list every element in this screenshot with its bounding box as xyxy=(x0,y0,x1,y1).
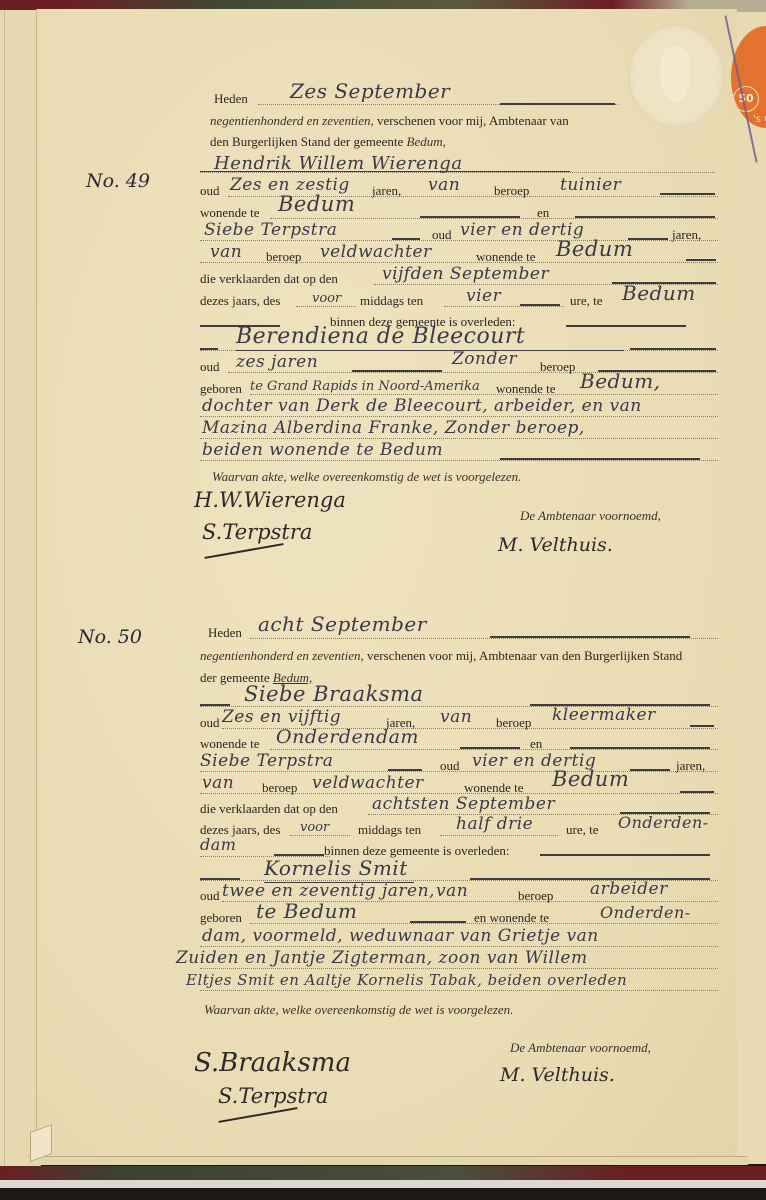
voor-na: voor xyxy=(312,290,341,308)
declarant2-occupation: veldwachter xyxy=(320,243,432,261)
death-place-continued: dam xyxy=(200,836,236,854)
page-bottom-edge xyxy=(28,1156,748,1165)
beroep-label: beroep xyxy=(262,780,297,796)
fill-dash xyxy=(690,725,714,727)
wonende-label: en wonende te xyxy=(474,910,549,926)
death-time: vier xyxy=(466,287,501,305)
fill-dash xyxy=(420,216,520,218)
en-label: en xyxy=(530,736,542,752)
fill-dash xyxy=(352,370,442,372)
heden-label: Heden xyxy=(208,625,242,641)
embossed-seal-icon xyxy=(628,24,724,128)
declarant1-occupation: tuinier xyxy=(560,176,621,194)
heden-label: Heden xyxy=(214,91,248,107)
deceased-age: zes jaren xyxy=(236,353,318,371)
voor-na: voor xyxy=(300,819,329,837)
signature-declarant-2: S.Terpstra xyxy=(202,520,312,544)
wonende-label: wonende te xyxy=(200,205,260,221)
fill-dash xyxy=(570,747,710,749)
ure-label: ure, te xyxy=(570,293,602,309)
fill-dash xyxy=(686,259,716,261)
death-place: Onderden- xyxy=(618,814,709,832)
field-line xyxy=(200,968,718,969)
ambtenaar-label: De Ambtenaar voornoemd, xyxy=(520,508,661,524)
death-date: vijfden September xyxy=(382,265,549,283)
declarant2-residence: Bedum xyxy=(552,770,629,788)
appearance-text: verschenen voor mij, Ambtenaar van xyxy=(377,113,569,128)
details-line-3: Eltjes Smit en Aaltje Kornelis Tabak, be… xyxy=(186,971,627,989)
field-line xyxy=(250,638,718,639)
jaren-label: jaren, xyxy=(672,227,701,243)
van-text: van xyxy=(436,882,468,900)
beroep-label: beroep xyxy=(266,249,301,265)
oud-label: oud xyxy=(432,227,452,243)
field-line xyxy=(200,438,718,439)
field-line xyxy=(200,946,718,947)
parents-line-3: beiden wonende te Bedum xyxy=(202,441,443,459)
declarant1-residence: Bedum xyxy=(278,195,355,213)
beroep-label: beroep xyxy=(518,888,553,904)
deceased-occupation: Zonder xyxy=(452,350,517,368)
fill-dash xyxy=(200,704,230,706)
birthplace: te Bedum xyxy=(256,902,357,920)
fill-dash xyxy=(490,636,690,638)
fill-dash xyxy=(200,878,240,880)
van-text: van xyxy=(202,774,234,792)
van-text: van xyxy=(440,708,472,726)
dezes-label: dezes jaars, des xyxy=(200,293,281,309)
deceased-name: Kornelis Smit xyxy=(264,859,408,877)
underline xyxy=(200,171,570,172)
birthplace: te Grand Rapids in Noord-Amerika xyxy=(250,378,480,396)
fill-dash xyxy=(628,238,668,240)
deceased-name: Berendiena de Bleecourt xyxy=(236,328,525,346)
oud-label: oud xyxy=(200,183,220,199)
declarant2-name: Siebe Terpstra xyxy=(200,752,333,770)
beroep-label: beroep xyxy=(494,183,529,199)
year-text: negentienhonderd en zeventien, xyxy=(200,648,364,663)
closing-statement: Waarvan akte, welke overeenkomstig de we… xyxy=(212,469,521,485)
geboren-label: geboren xyxy=(200,381,242,397)
fill-dash xyxy=(520,304,560,306)
book-binding-bottom xyxy=(0,1166,766,1180)
ambtenaar-signature: M. Velthuis. xyxy=(498,534,613,556)
ure-label: ure, te xyxy=(566,822,598,838)
entry-number: No. 49 xyxy=(86,170,150,192)
wonende-label: wonende te xyxy=(476,249,536,265)
parents-line-1: dochter van Derk de Bleecourt, arbeider,… xyxy=(202,397,642,415)
verklaarden-label: die verklaarden dat op den xyxy=(200,801,338,817)
declarant2-name: Siebe Terpstra xyxy=(204,221,337,239)
fill-dash xyxy=(680,791,714,793)
en-label: en xyxy=(537,205,549,221)
field-line xyxy=(440,835,558,836)
wonende-label: wonende te xyxy=(200,736,260,752)
details-line-2: Zuiden en Jantje Zigterman, zoon van Wil… xyxy=(176,949,588,967)
fill-dash xyxy=(500,103,615,105)
fill-dash xyxy=(200,348,218,350)
signature-declarant-2: S.Terpstra xyxy=(218,1084,328,1108)
fill-dash xyxy=(566,325,686,327)
signature-declarant-1: S.Braaksma xyxy=(194,1048,351,1078)
field-line xyxy=(200,460,718,461)
jaren-label: jaren, xyxy=(676,758,705,774)
fill-dash xyxy=(660,193,715,195)
death-date: achtsten September xyxy=(372,795,555,813)
deceased-occupation: arbeider xyxy=(590,880,668,898)
year-text: negentienhonderd en zeventien, xyxy=(210,113,374,128)
fill-dash xyxy=(630,769,670,771)
deceased-residence: Bedum, xyxy=(580,372,661,390)
fill-dash xyxy=(388,769,422,771)
field-line xyxy=(270,218,718,219)
jaren-label: jaren, xyxy=(372,183,401,199)
middags-label: middags ten xyxy=(360,293,423,309)
field-line xyxy=(200,416,718,417)
fill-dash xyxy=(540,854,710,856)
oud-label: oud xyxy=(200,715,220,731)
gemeente: Bedum, xyxy=(407,134,446,149)
fill-dash xyxy=(500,458,700,460)
parents-line-2: Mazina Alberdina Franke, Zonder beroep, xyxy=(202,419,585,437)
deceased-age: twee en zeventig jaren, xyxy=(222,882,435,900)
oud-label: oud xyxy=(440,758,460,774)
fill-dash xyxy=(630,348,716,350)
field-line xyxy=(200,240,718,241)
appearance-text: verschenen voor mij, Ambtenaar van den B… xyxy=(367,648,682,663)
van-text: van xyxy=(210,243,242,261)
field-line xyxy=(200,990,718,991)
closing-statement: Waarvan akte, welke overeenkomstig de we… xyxy=(204,1002,513,1018)
ambtenaar-signature: M. Velthuis. xyxy=(500,1064,615,1086)
declarant2-occupation: veldwachter xyxy=(312,774,424,792)
declarant2-residence: Bedum xyxy=(556,240,633,258)
stand-text: den Burgerlijken Stand der gemeente xyxy=(210,134,403,149)
declarant1-occupation: kleermaker xyxy=(552,706,656,724)
stamp-suffix: 's C xyxy=(753,114,766,125)
oud-label: oud xyxy=(200,888,220,904)
fill-dash xyxy=(392,238,420,240)
ambtenaar-label: De Ambtenaar voornoemd, xyxy=(510,1040,651,1056)
death-place: Bedum xyxy=(622,284,696,302)
scan-edge xyxy=(0,1180,766,1188)
declarant1-residence: Onderdendam xyxy=(276,728,419,746)
field-line xyxy=(444,306,564,307)
fill-dash xyxy=(575,216,715,218)
signature-declarant-1: H.W.Wierenga xyxy=(194,488,346,512)
death-time: half drie xyxy=(456,815,533,833)
declarant1-name: Siebe Braaksma xyxy=(244,685,424,703)
beroep-label: beroep xyxy=(496,715,531,731)
middags-label: middags ten xyxy=(358,822,421,838)
oud-label: oud xyxy=(200,359,220,375)
underline xyxy=(236,350,624,351)
entry-date: Zes September xyxy=(290,82,450,100)
declarant1-age: Zes en vijftig xyxy=(222,708,341,726)
entry-number: No. 50 xyxy=(78,626,142,648)
wonende-label: wonende te xyxy=(496,381,556,397)
beroep-label: beroep xyxy=(540,359,575,375)
geboren-label: geboren xyxy=(200,910,242,926)
entry-date: acht September xyxy=(258,615,427,633)
verklaarden-label: die verklaarden dat op den xyxy=(200,271,338,287)
fill-dash xyxy=(410,921,466,923)
field-line xyxy=(270,749,718,750)
deceased-residence: Onderden- xyxy=(600,904,691,922)
details-line-1: dam, voormeld, weduwnaar van Grietje van xyxy=(202,927,599,945)
van-text: van xyxy=(428,176,460,194)
left-page-stack xyxy=(0,10,41,1168)
fill-dash xyxy=(460,747,520,749)
